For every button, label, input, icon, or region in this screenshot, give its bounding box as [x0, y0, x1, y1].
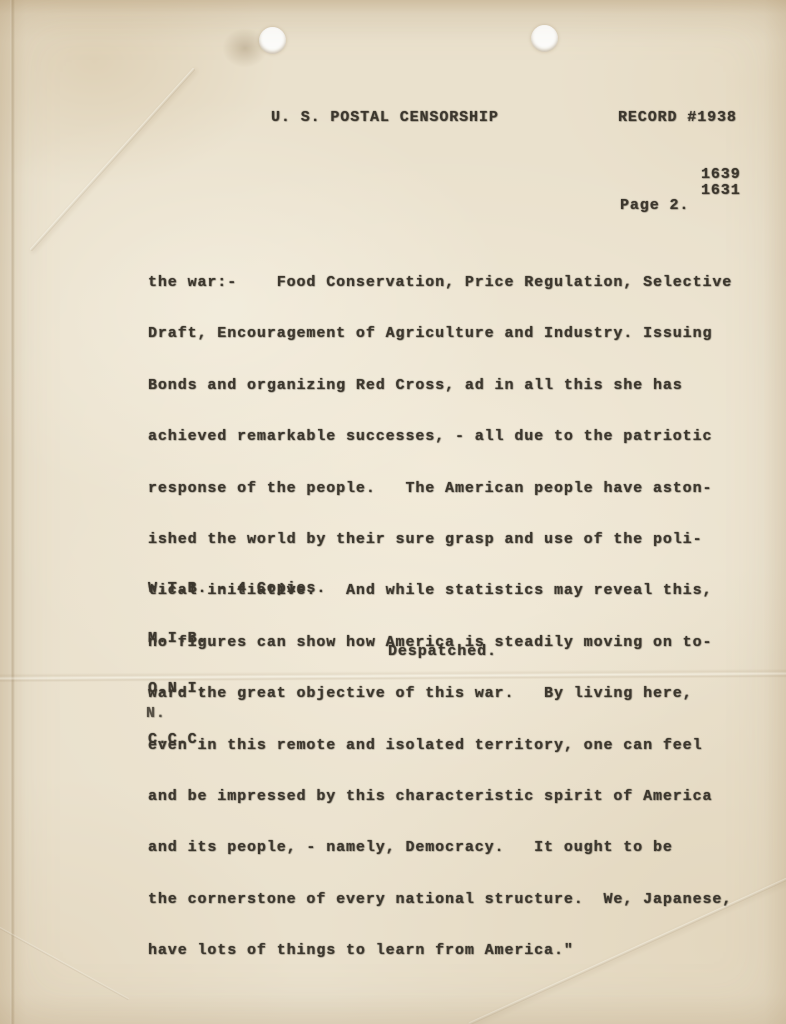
distribution-item: W.T.B. - 4 Copies.: [148, 580, 326, 596]
distribution-item: O.N.I.: [148, 680, 326, 696]
despatched-note: Despatched.: [388, 643, 497, 660]
body-line: the cornerstone of every national struct…: [148, 891, 732, 908]
document-title: U. S. POSTAL CENSORSHIP: [271, 109, 499, 126]
record-number: RECORD #1938: [618, 109, 737, 126]
reference-number-2: 1631: [701, 182, 741, 199]
body-line: Draft, Encouragement of Agriculture and …: [148, 325, 732, 342]
body-line: have lots of things to learn from Americ…: [148, 942, 732, 959]
distribution-list: W.T.B. - 4 Copies. M.I.B. O.N.I. C.C.C.: [148, 546, 326, 781]
body-line: response of the people. The American peo…: [148, 480, 732, 497]
body-line: achieved remarkable successes, - all due…: [148, 428, 732, 445]
body-line: and be impressed by this characteristic …: [148, 788, 732, 805]
distribution-item: C.C.C.: [148, 731, 326, 747]
distribution-item: M.I.B.: [148, 630, 326, 646]
page-label: Page 2.: [620, 197, 689, 214]
reference-number-1: 1639: [701, 166, 741, 183]
body-line: Bonds and organizing Red Cross, ad in al…: [148, 377, 732, 394]
typed-content: U. S. POSTAL CENSORSHIP RECORD #1938 163…: [0, 0, 786, 1024]
examiner-initial: N.: [146, 705, 166, 722]
body-line: the war:- Food Conservation, Price Regul…: [148, 274, 732, 291]
body-line: and its people, - namely, Democracy. It …: [148, 839, 732, 856]
scanned-document-page: U. S. POSTAL CENSORSHIP RECORD #1938 163…: [0, 0, 786, 1024]
